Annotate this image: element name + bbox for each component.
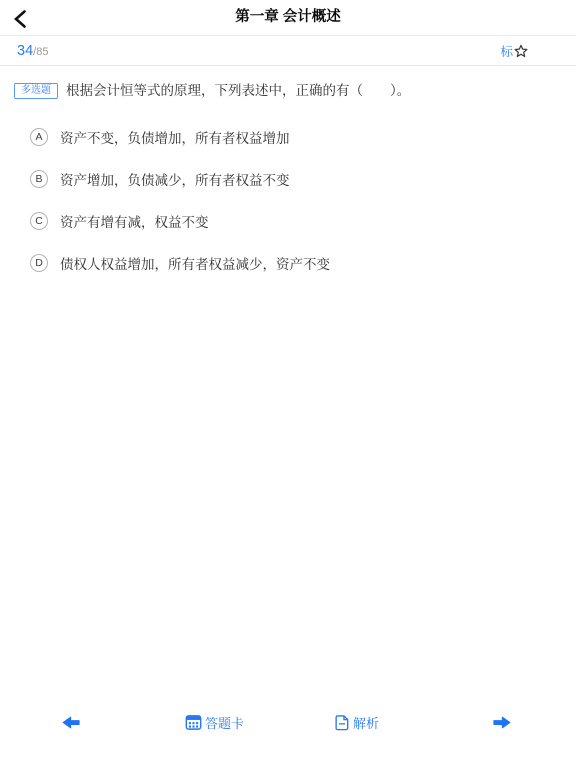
option-a-circle[interactable]: A	[30, 128, 48, 146]
page-title: 第一章 会计概述	[0, 0, 576, 36]
option-d[interactable]: D 债权人权益增加，所有者权益减少，资产不变	[14, 253, 562, 273]
option-d-text: 债权人权益增加，所有者权益减少，资产不变	[60, 253, 330, 273]
option-a[interactable]: A 资产不变，负债增加，所有者权益增加	[14, 127, 562, 147]
option-a-text: 资产不变，负债增加，所有者权益增加	[60, 127, 290, 147]
answer-card-grid-icon	[185, 714, 202, 731]
answer-card-button[interactable]: 答题卡	[185, 709, 244, 735]
analysis-label: 解析	[353, 713, 379, 732]
header: 第一章 会计概述	[0, 0, 576, 36]
option-c[interactable]: C 资产有增有减，权益不变	[14, 211, 562, 231]
arrow-left-icon	[62, 716, 80, 729]
prev-question-button[interactable]	[62, 709, 80, 735]
question-block: 多选题根据会计恒等式的原理，下列表述中，正确的有（ ）。 A 资产不变，负债增加…	[0, 66, 576, 273]
option-c-text: 资产有增有减，权益不变	[60, 211, 209, 231]
exam-question-page: 第一章 会计概述 34 /85 标 多选题根据会计恒等式的原理，下列表述中，正确…	[0, 0, 576, 768]
document-icon	[334, 714, 350, 731]
bottom-toolbar: 答题卡 解析	[0, 709, 576, 735]
progress-current: 34	[17, 43, 33, 59]
option-b[interactable]: B 资产增加，负债减少，所有者权益不变	[14, 169, 562, 189]
progress-bar-row: 34 /85 标	[0, 36, 576, 66]
question-type-badge: 多选题	[14, 83, 58, 99]
next-question-button[interactable]	[493, 709, 511, 735]
question-line: 多选题根据会计恒等式的原理，下列表述中，正确的有（ ）。	[14, 81, 562, 101]
progress-total: /85	[33, 46, 48, 58]
arrow-right-icon	[493, 716, 511, 729]
option-b-text: 资产增加，负债减少，所有者权益不变	[60, 169, 290, 189]
option-b-circle[interactable]: B	[30, 170, 48, 188]
analysis-button[interactable]: 解析	[334, 709, 379, 735]
question-progress: 34 /85	[17, 43, 48, 59]
option-d-circle[interactable]: D	[30, 254, 48, 272]
option-c-circle[interactable]: C	[30, 212, 48, 230]
question-text: 根据会计恒等式的原理，下列表述中，正确的有（ ）。	[66, 83, 410, 98]
options-list: A 资产不变，负债增加，所有者权益增加 B 资产增加，负债减少，所有者权益不变 …	[14, 127, 562, 273]
answer-card-label: 答题卡	[205, 713, 244, 732]
mark-button[interactable]: 标	[500, 42, 528, 60]
mark-label: 标	[500, 42, 513, 60]
star-icon	[514, 44, 528, 58]
